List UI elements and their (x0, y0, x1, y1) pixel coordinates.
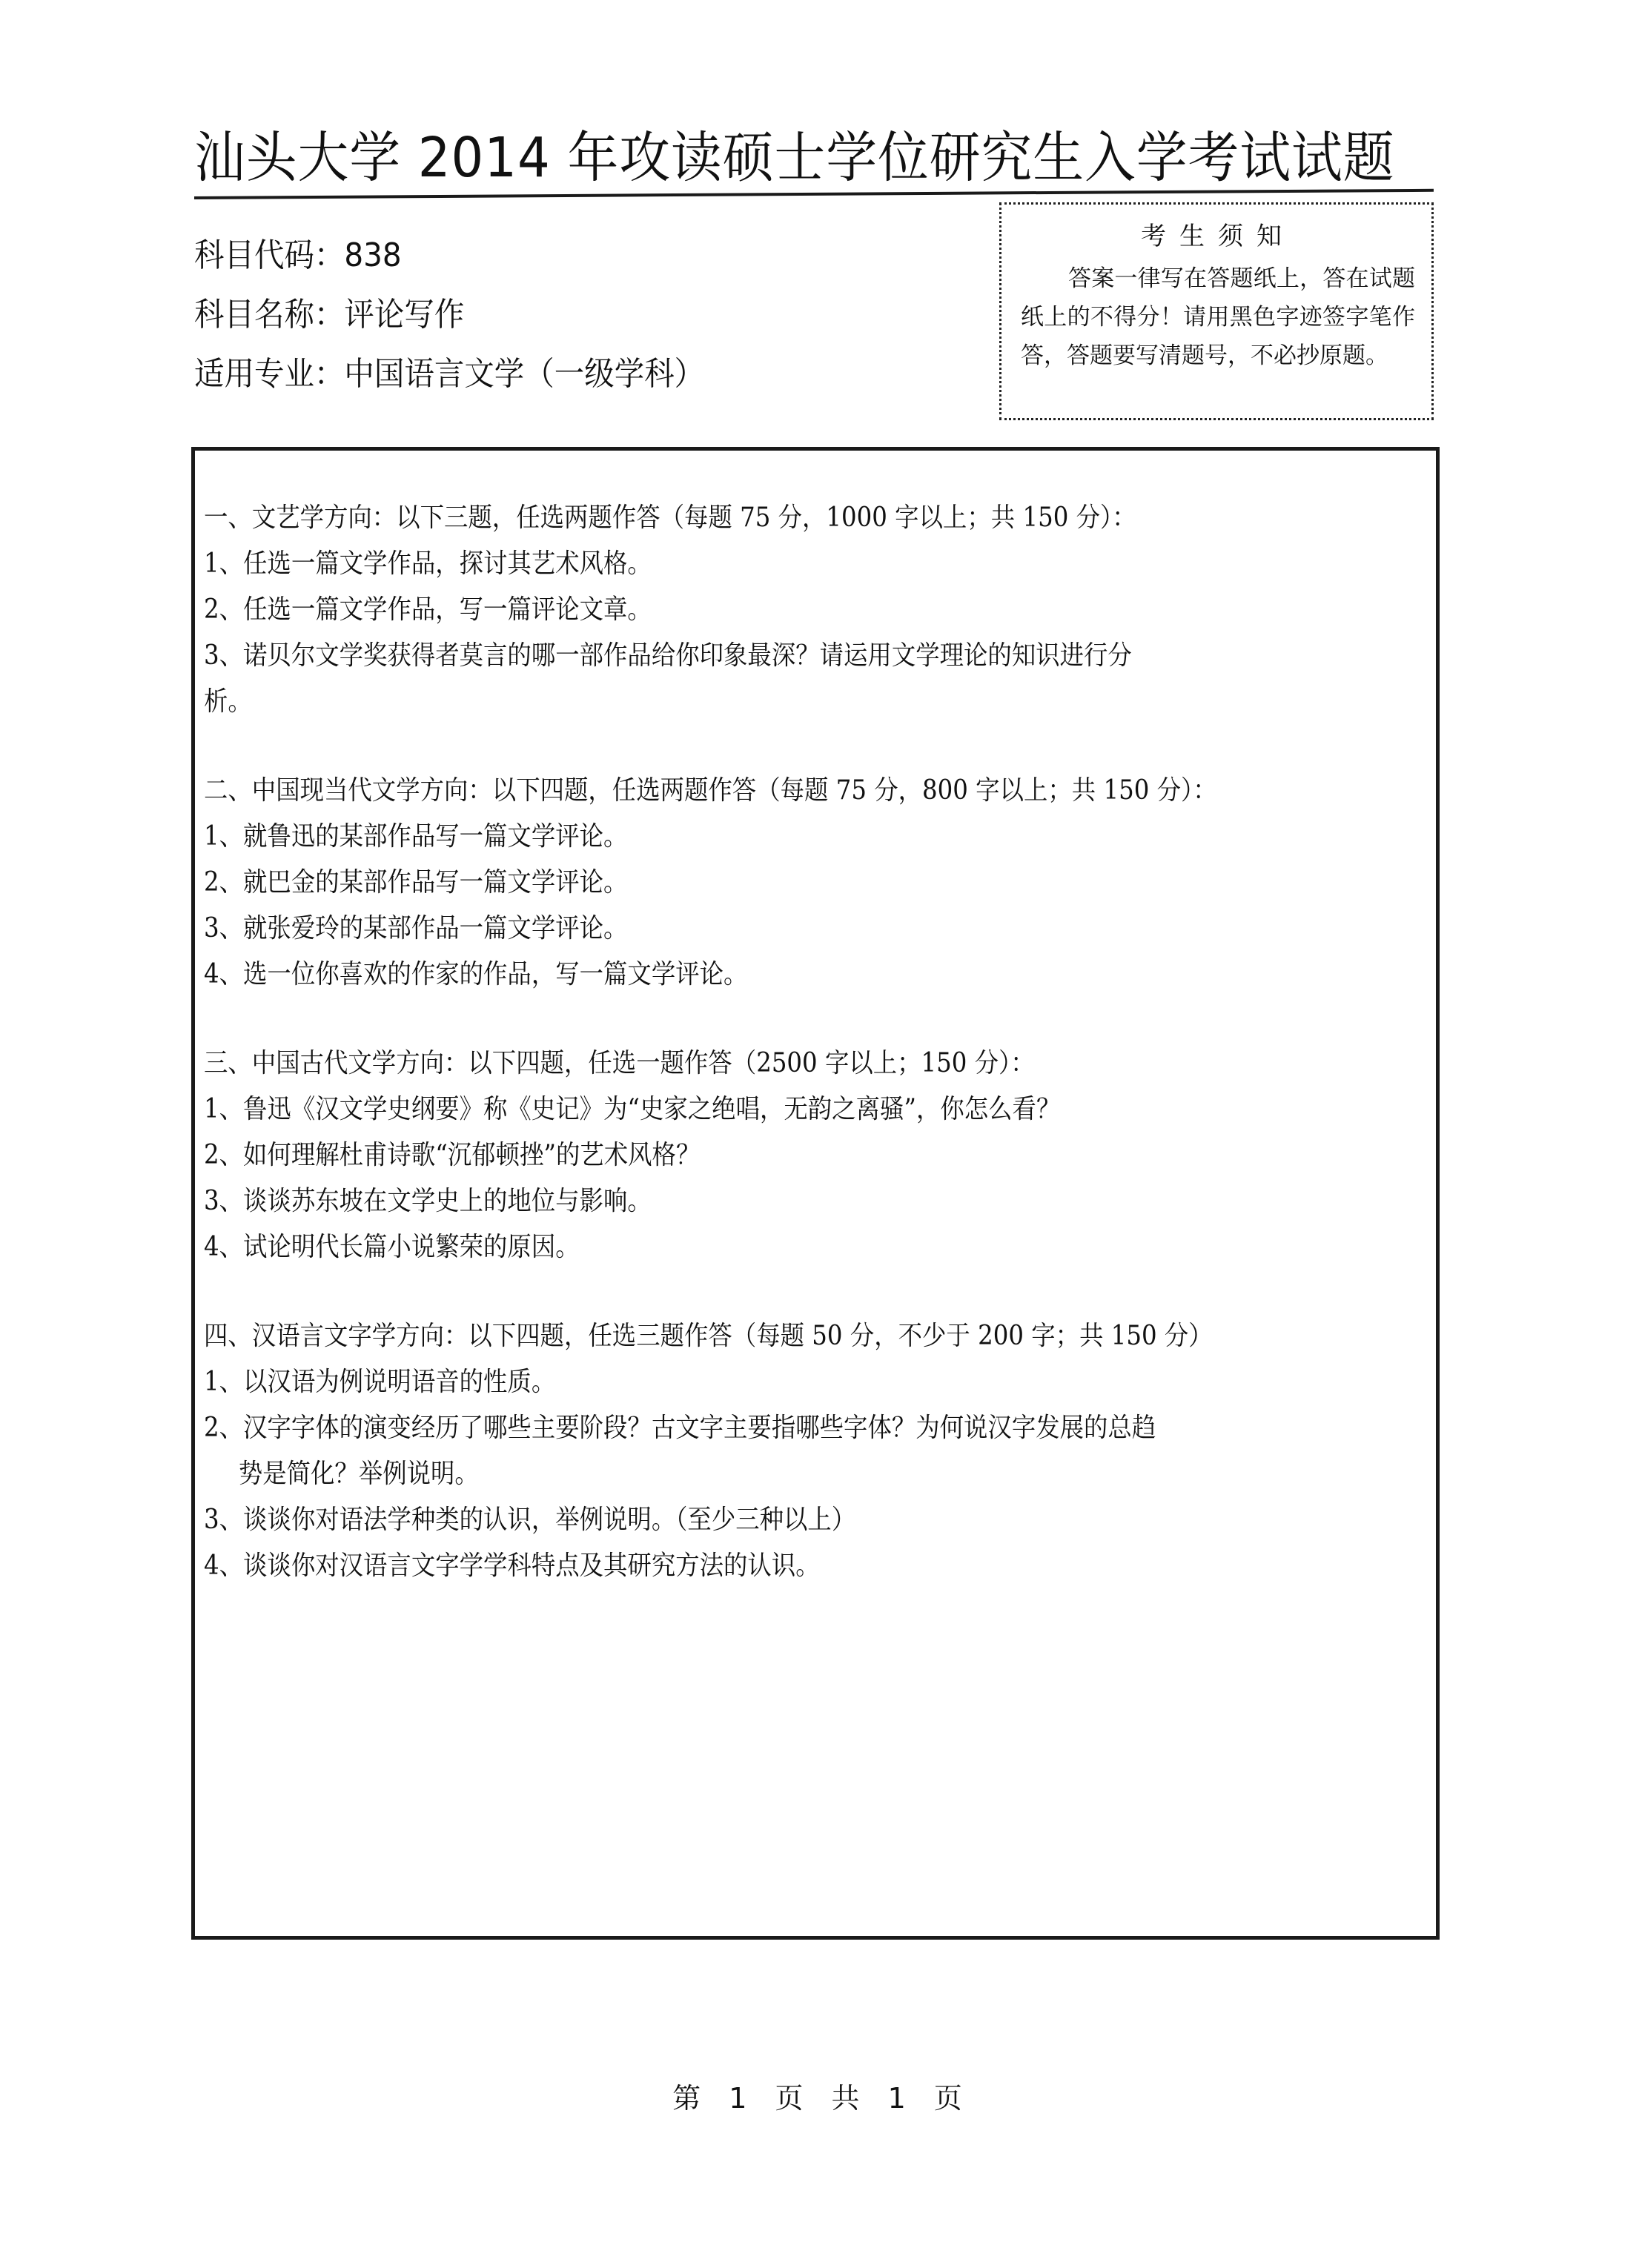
section-heading: 二、中国现当代文学方向：以下四题，任选两题作答（每题 75 分，800 字以上；… (204, 768, 1305, 814)
question-item: 3、就张爱玲的某部作品一篇文学评论。 (204, 906, 1305, 952)
question-item-continuation: 析。 (204, 679, 1305, 725)
question-item: 4、谈谈你对汉语言文字学学科特点及其研究方法的认识。 (204, 1543, 1305, 1589)
subject-name: 科目名称：评论写作 (194, 285, 704, 345)
exam-title: 汕头大学 2014 年攻读硕士学位研究生入学考试试题 (194, 125, 1366, 191)
question-item: 2、就巴金的某部作品写一篇文学评论。 (204, 860, 1305, 906)
section-heading: 四、汉语言文字学方向：以下四题，任选三题作答（每题 50 分，不少于 200 字… (204, 1313, 1305, 1359)
questions-content: 一、文艺学方向：以下三题，任选两题作答（每题 75 分，1000 字以上；共 1… (204, 495, 1427, 1632)
section-heading: 三、中国古代文学方向：以下四题，任选一题作答（2500 字以上；150 分）： (204, 1041, 1305, 1087)
question-item: 2、如何理解杜甫诗歌“沉郁顿挫”的艺术风格？ (204, 1133, 1305, 1178)
notice-text: 答案一律写在答题纸上，答在试题纸上的不得分！请用黑色字迹签字笔作答，答题要写清题… (1021, 259, 1415, 375)
section-modern-literature: 二、中国现当代文学方向：以下四题，任选两题作答（每题 75 分，800 字以上；… (204, 768, 1427, 998)
candidate-notice-box: 考生须知 答案一律写在答题纸上，答在试题纸上的不得分！请用黑色字迹签字笔作答，答… (999, 202, 1434, 420)
applicable-major: 适用专业：中国语言文学（一级学科） (194, 345, 704, 404)
section-chinese-linguistics: 四、汉语言文字学方向：以下四题，任选三题作答（每题 50 分，不少于 200 字… (204, 1313, 1427, 1589)
question-item: 4、试论明代长篇小说繁荣的原因。 (204, 1224, 1305, 1270)
section-ancient-literature: 三、中国古代文学方向：以下四题，任选一题作答（2500 字以上；150 分）： … (204, 1041, 1427, 1270)
question-item: 3、谈谈你对语法学种类的认识，举例说明。（至少三种以上） (204, 1497, 1305, 1543)
question-item: 2、汉字字体的演变经历了哪些主要阶段？古文字主要指哪些字体？为何说汉字发展的总趋 (204, 1405, 1305, 1451)
question-item: 1、鲁迅《汉文学史纲要》称《史记》为“史家之绝唱，无韵之离骚”，你怎么看？ (204, 1087, 1305, 1133)
question-item-continuation: 势是简化？举例说明。 (204, 1451, 1305, 1497)
section-heading: 一、文艺学方向：以下三题，任选两题作答（每题 75 分，1000 字以上；共 1… (204, 495, 1305, 541)
question-item: 2、任选一篇文学作品，写一篇评论文章。 (204, 587, 1305, 633)
question-item: 1、以汉语为例说明语音的性质。 (204, 1359, 1305, 1405)
questions-box: 一、文艺学方向：以下三题，任选两题作答（每题 75 分，1000 字以上；共 1… (191, 447, 1440, 1940)
section-literary-theory: 一、文艺学方向：以下三题，任选两题作答（每题 75 分，1000 字以上；共 1… (204, 495, 1427, 725)
subject-info: 科目代码：838 科目名称：评论写作 适用专业：中国语言文学（一级学科） (194, 226, 749, 404)
question-item: 1、任选一篇文学作品，探讨其艺术风格。 (204, 541, 1305, 587)
notice-title: 考生须知 (1021, 218, 1415, 255)
question-item: 3、谈谈苏东坡在文学史上的地位与影响。 (204, 1178, 1305, 1224)
question-item: 1、就鲁迅的某部作品写一篇文学评论。 (204, 814, 1305, 860)
page-number: 第 1 页 共 1 页 (0, 2080, 1639, 2117)
question-item: 3、诺贝尔文学奖获得者莫言的哪一部作品给你印象最深？请运用文学理论的知识进行分 (204, 633, 1305, 679)
question-item: 4、选一位你喜欢的作家的作品，写一篇文学评论。 (204, 952, 1305, 998)
subject-code: 科目代码：838 (194, 226, 704, 285)
